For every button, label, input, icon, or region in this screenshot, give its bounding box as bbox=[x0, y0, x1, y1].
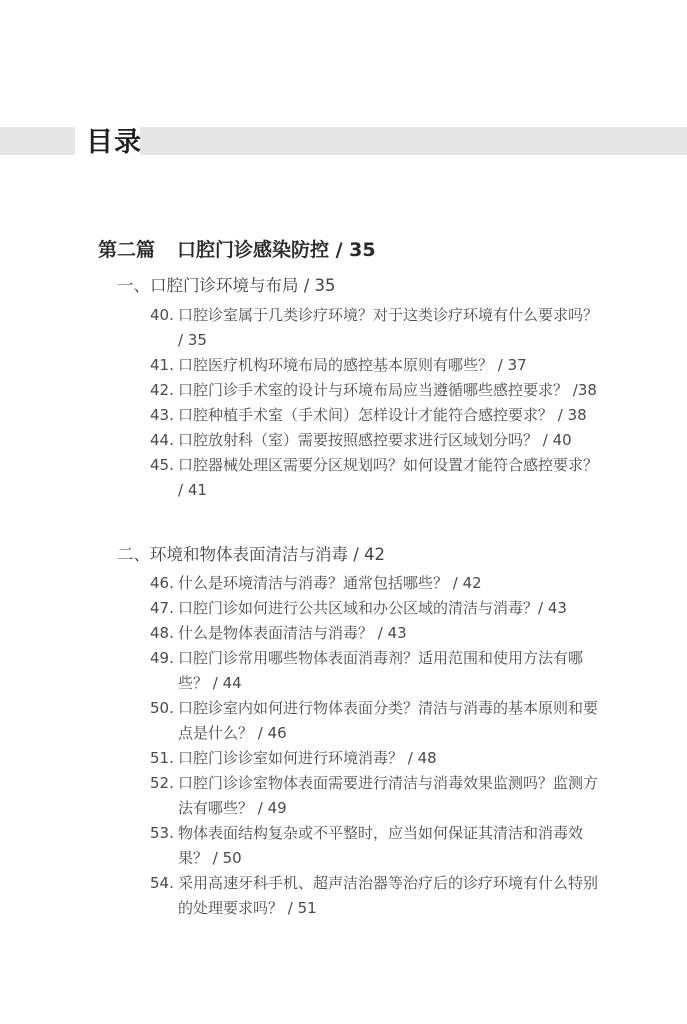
title-band-left bbox=[0, 127, 75, 155]
toc-entry[interactable]: 45.口腔器械处理区需要分区规划吗？如何设置才能符合感控要求？ / 41 bbox=[150, 453, 600, 503]
entry-text: 口腔门诊诊室如何进行环境消毒？ / 48 bbox=[178, 746, 600, 771]
entry-number: 54. bbox=[150, 871, 178, 921]
entry-text: 口腔门诊如何进行公共区域和办公区域的清洁与消毒？/ 43 bbox=[178, 596, 600, 621]
part-label: 第二篇 bbox=[98, 239, 155, 261]
section-2-items: 46.什么是环境清洁与消毒？通常包括哪些？ / 42 47.口腔门诊如何进行公共… bbox=[150, 571, 600, 921]
entry-number: 51. bbox=[150, 746, 178, 771]
toc-entry[interactable]: 41.口腔医疗机构环境布局的感控基本原则有哪些？ / 37 bbox=[150, 353, 600, 378]
entry-text: 口腔门诊手术室的设计与环境布局应当遵循哪些感控要求？ /38 bbox=[178, 378, 600, 403]
toc-entry[interactable]: 54.采用高速牙科手机、超声洁治器等治疗后的诊疗环境有什么特别的处理要求吗？ /… bbox=[150, 871, 600, 921]
entry-number: 48. bbox=[150, 621, 178, 646]
toc-entry[interactable]: 51.口腔门诊诊室如何进行环境消毒？ / 48 bbox=[150, 746, 600, 771]
entry-text: 采用高速牙科手机、超声洁治器等治疗后的诊疗环境有什么特别的处理要求吗？ / 51 bbox=[178, 871, 600, 921]
toc-entry[interactable]: 50.口腔诊室内如何进行物体表面分类？清洁与消毒的基本原则和要点是什么？ / 4… bbox=[150, 696, 600, 746]
entry-text: 口腔种植手术室（手术间）怎样设计才能符合感控要求？ / 38 bbox=[178, 403, 600, 428]
entry-text: 口腔器械处理区需要分区规划吗？如何设置才能符合感控要求？ / 41 bbox=[178, 453, 600, 503]
entry-text: 口腔门诊诊室物体表面需要进行清洁与消毒效果监测吗？监测方法有哪些？ / 49 bbox=[178, 771, 600, 821]
entry-number: 41. bbox=[150, 353, 178, 378]
entry-number: 49. bbox=[150, 646, 178, 696]
part-heading[interactable]: 第二篇口腔门诊感染防控 / 35 bbox=[98, 235, 376, 262]
entry-number: 45. bbox=[150, 453, 178, 503]
entry-text: 什么是物体表面清洁与消毒？ / 43 bbox=[178, 621, 600, 646]
toc-entry[interactable]: 43.口腔种植手术室（手术间）怎样设计才能符合感控要求？ / 38 bbox=[150, 403, 600, 428]
toc-entry[interactable]: 42.口腔门诊手术室的设计与环境布局应当遵循哪些感控要求？ /38 bbox=[150, 378, 600, 403]
entry-text: 口腔诊室内如何进行物体表面分类？清洁与消毒的基本原则和要点是什么？ / 46 bbox=[178, 696, 600, 746]
entry-number: 43. bbox=[150, 403, 178, 428]
entry-number: 53. bbox=[150, 821, 178, 871]
entry-number: 40. bbox=[150, 303, 178, 353]
page-title: 目录 bbox=[86, 120, 142, 159]
entry-number: 44. bbox=[150, 428, 178, 453]
toc-entry[interactable]: 40.口腔诊室属于几类诊疗环境？对于这类诊疗环境有什么要求吗？ / 35 bbox=[150, 303, 600, 353]
section-1-items: 40.口腔诊室属于几类诊疗环境？对于这类诊疗环境有什么要求吗？ / 35 41.… bbox=[150, 303, 600, 503]
toc-entry[interactable]: 49.口腔门诊常用哪些物体表面消毒剂？适用范围和使用方法有哪些？ / 44 bbox=[150, 646, 600, 696]
toc-entry[interactable]: 46.什么是环境清洁与消毒？通常包括哪些？ / 42 bbox=[150, 571, 600, 596]
entry-text: 口腔医疗机构环境布局的感控基本原则有哪些？ / 37 bbox=[178, 353, 600, 378]
toc-entry[interactable]: 44.口腔放射科（室）需要按照感控要求进行区域划分吗？ / 40 bbox=[150, 428, 600, 453]
entry-text: 什么是环境清洁与消毒？通常包括哪些？ / 42 bbox=[178, 571, 600, 596]
entry-number: 42. bbox=[150, 378, 178, 403]
entry-number: 52. bbox=[150, 771, 178, 821]
section-heading[interactable]: 二、环境和物体表面清洁与消毒 / 42 bbox=[117, 541, 385, 565]
entry-text: 口腔放射科（室）需要按照感控要求进行区域划分吗？ / 40 bbox=[178, 428, 600, 453]
entry-text: 口腔门诊常用哪些物体表面消毒剂？适用范围和使用方法有哪些？ / 44 bbox=[178, 646, 600, 696]
entry-number: 50. bbox=[150, 696, 178, 746]
part-title: 口腔门诊感染防控 / 35 bbox=[177, 239, 376, 261]
toc-entry[interactable]: 52.口腔门诊诊室物体表面需要进行清洁与消毒效果监测吗？监测方法有哪些？ / 4… bbox=[150, 771, 600, 821]
entry-number: 47. bbox=[150, 596, 178, 621]
entry-number: 46. bbox=[150, 571, 178, 596]
title-band-right bbox=[140, 127, 687, 155]
toc-entry[interactable]: 47.口腔门诊如何进行公共区域和办公区域的清洁与消毒？/ 43 bbox=[150, 596, 600, 621]
entry-text: 口腔诊室属于几类诊疗环境？对于这类诊疗环境有什么要求吗？ / 35 bbox=[178, 303, 600, 353]
toc-entry[interactable]: 48.什么是物体表面清洁与消毒？ / 43 bbox=[150, 621, 600, 646]
toc-entry[interactable]: 53.物体表面结构复杂或不平整时，应当如何保证其清洁和消毒效果？ / 50 bbox=[150, 821, 600, 871]
section-heading[interactable]: 一、口腔门诊环境与布局 / 35 bbox=[117, 272, 336, 296]
entry-text: 物体表面结构复杂或不平整时，应当如何保证其清洁和消毒效果？ / 50 bbox=[178, 821, 600, 871]
